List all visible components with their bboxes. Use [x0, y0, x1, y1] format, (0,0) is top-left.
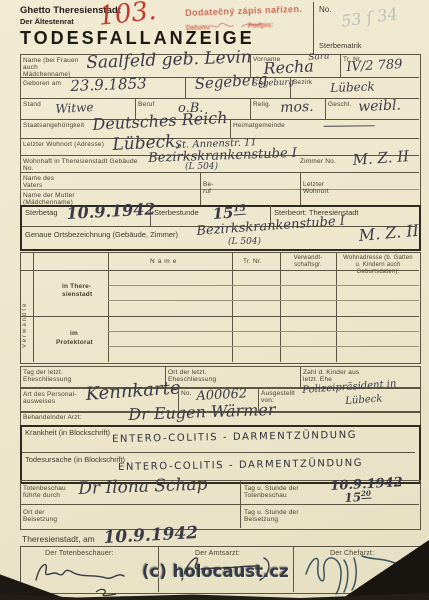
sterbematrik-label: Sterbematrik — [319, 42, 362, 50]
heimat-value: — — [320, 118, 378, 134]
relatives-group2-line1: im — [70, 330, 78, 337]
geschl-label: Geschl. — [328, 101, 351, 108]
totenbeschauer-signature — [28, 556, 148, 590]
no-label: No. — [319, 6, 331, 14]
wohnort-label: Letzter Wohnort (Adresse) — [23, 141, 104, 148]
beisetzung-ort-label: Ort der Beisetzung — [23, 509, 63, 523]
geschl-value: weibl. — [358, 98, 401, 115]
relatives-side-label: Verwandte — [22, 278, 29, 348]
totenbeschau-stunde-value: 1520 — [344, 489, 371, 505]
relatives-group1-line1: in There- — [62, 283, 91, 290]
staat-label: Staatsangehörigkeit — [23, 122, 84, 129]
krankheit-label: Krankheit (in Blockschrift) — [25, 429, 110, 437]
relatives-group1-line2: sienstadt — [62, 291, 92, 298]
ort-value2: (L 504) — [228, 237, 261, 247]
totenbeschau-tag-label: Tag u. Stunde der Totenbeschau — [244, 485, 299, 499]
beruf-label: Beruf — [138, 101, 155, 108]
geburtsort-note: Segeburg — [252, 78, 294, 89]
vater-label: Name des Vaters — [23, 175, 68, 189]
todesursache-label: Todesursache (in Blockschrift) — [25, 456, 125, 464]
stand-value: Witwe — [55, 100, 94, 116]
name-label: Name (bei Frauen auch Mädchenname) — [23, 57, 85, 78]
geboren-value: 23.9.1853 — [70, 74, 147, 95]
beisetzung-tag-label: Tag u. Stunde der Beisetzung — [244, 509, 299, 523]
relatives-col-trnr: Tr. Nr. — [243, 258, 262, 265]
heimat-label: Heimatgemeinde — [233, 122, 285, 129]
watermark: (c) holocaust.cz — [142, 562, 289, 581]
gebaeude-value2: (L 504) — [185, 162, 218, 172]
relatives-col-wohn: Wohnadresse (b. Gatten u. Kindern auch G… — [340, 255, 416, 276]
relig-label: Relig. — [253, 101, 271, 108]
footer-date-value: 10.9.1942 — [103, 523, 199, 548]
relatives-col-verw: Verwandt-schaftsgr. — [285, 255, 331, 269]
relatives-group2-line2: Protektorat — [56, 339, 93, 346]
sterbetag-label: Sterbetag — [25, 209, 58, 217]
id-art-label: Art des Personal-ausweises — [23, 391, 78, 405]
totenbeschau-label: Totenbeschau führte durch — [23, 485, 78, 499]
geboren-label: Geboren am — [23, 80, 61, 87]
ort-label: Genaue Ortsbezeichnung (Gebäude, Zimmer) — [25, 231, 178, 239]
relig-value: mos. — [280, 99, 314, 116]
trnr-value: IV/2 789 — [346, 57, 403, 75]
theresienstadt-label: Wohnhaft in Theresienstadt Gebäude No. — [23, 158, 148, 172]
arzt-label: Behandelnder Arzt: — [23, 414, 82, 421]
vater-beruf-label: Be-ruf — [203, 181, 217, 195]
vater-wohnort-label: Letzter Wohnort — [303, 181, 337, 195]
zimmer-label: Zimmer No. — [300, 158, 336, 165]
no-box-divider — [313, 2, 314, 54]
bezirk-label: Bezirk — [293, 79, 312, 86]
vorname-value: Recha — [263, 56, 314, 78]
id-no-label: No. — [181, 390, 192, 397]
marriage-tag-label: Tag der letzt. Eheschliessung — [23, 369, 93, 383]
form-title: TODESFALLANZEIGE — [20, 28, 255, 48]
sterbestunde-label: Sterbestunde — [154, 209, 199, 217]
relatives-col-name: Name — [150, 258, 179, 265]
stand-label: Stand — [23, 101, 41, 108]
footer-place-label: Theresienstadt, am — [22, 535, 95, 543]
no-value-pencil: 53 ſ 34 — [340, 4, 399, 31]
death-notice-document: Ghetto Theresienstadt Der Ältestenrat 10… — [0, 0, 429, 600]
org-subtitle: Der Ältestenrat — [20, 18, 74, 26]
bezirk-value: Lübeck — [330, 79, 375, 95]
